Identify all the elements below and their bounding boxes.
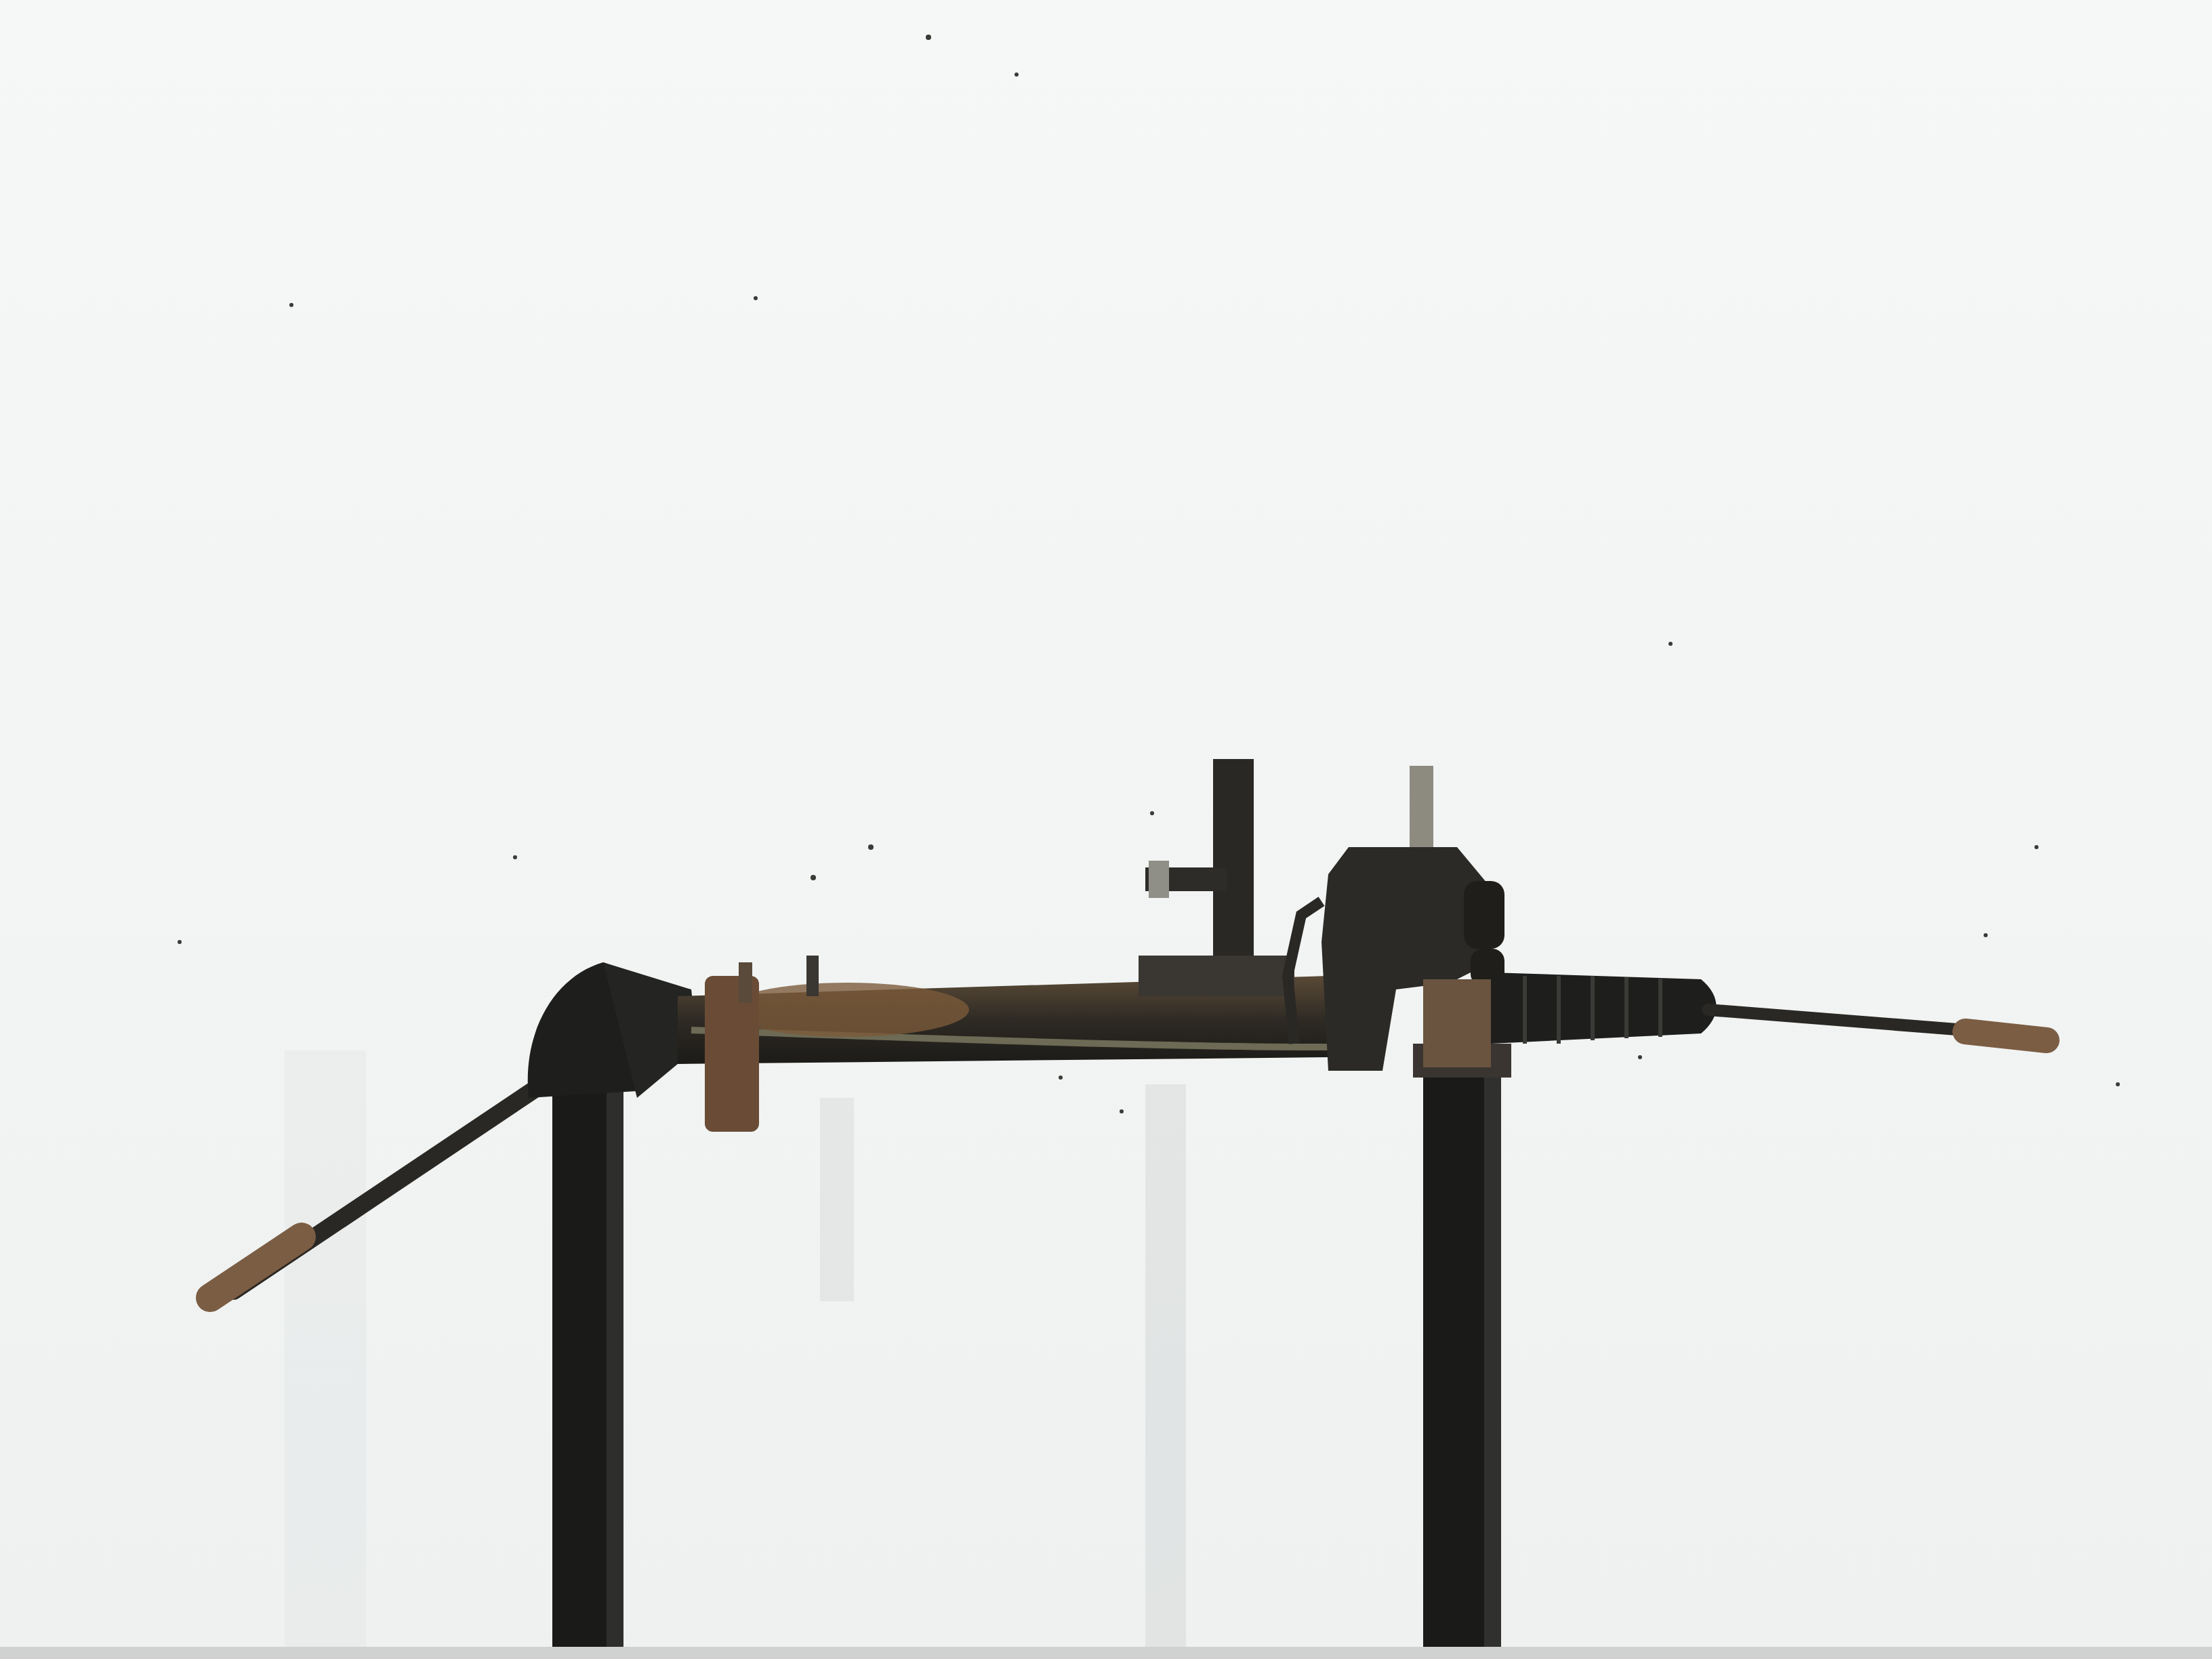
right-stand [1413, 1044, 1511, 1659]
floor-edge [0, 1647, 2212, 1659]
left-stand [552, 1081, 623, 1659]
steering-rack-photo [0, 0, 2212, 1659]
